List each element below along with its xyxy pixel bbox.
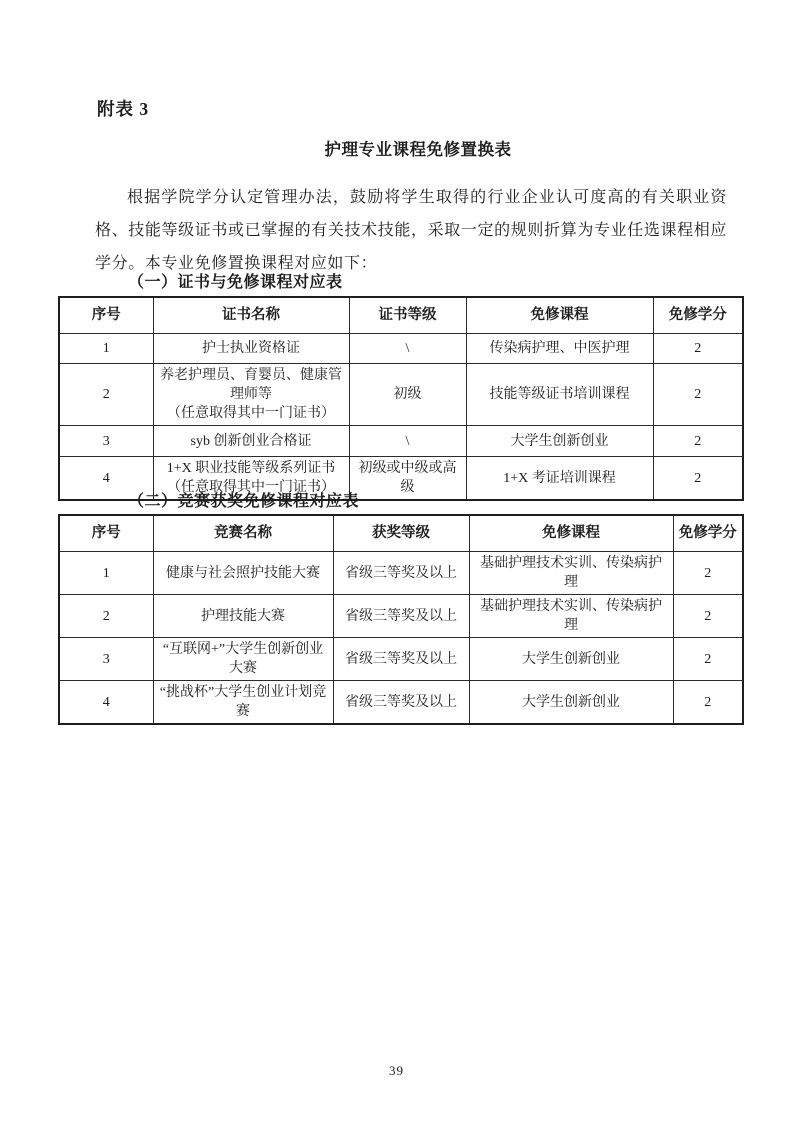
table-cell: 初级或中级或高级 bbox=[349, 457, 466, 501]
table-cell: syb 创新创业合格证 bbox=[153, 426, 349, 457]
table-cell: 1 bbox=[59, 334, 153, 364]
table-cell: 护理技能大赛 bbox=[153, 595, 333, 638]
table-cell: 省级三等奖及以上 bbox=[333, 681, 469, 725]
table-cell: 省级三等奖及以上 bbox=[333, 595, 469, 638]
table-cell: 2 bbox=[59, 364, 153, 426]
table-cell: 2 bbox=[653, 457, 743, 501]
table-cell: 养老护理员、育婴员、健康管理师等 （任意取得其中一门证书） bbox=[153, 364, 349, 426]
table-row: 3syb 创新创业合格证\大学生创新创业2 bbox=[59, 426, 743, 457]
competition-exemption-table: 序号竞赛名称获奖等级免修课程免修学分 1健康与社会照护技能大赛省级三等奖及以上基… bbox=[58, 514, 744, 725]
table-cell: 2 bbox=[653, 364, 743, 426]
table-header-cell: 证书等级 bbox=[349, 297, 466, 334]
table-cell: 基础护理技术实训、传染病护理 bbox=[469, 595, 673, 638]
page-number: 39 bbox=[0, 1063, 793, 1079]
table-cell: 1 bbox=[59, 552, 153, 595]
table-cell: \ bbox=[349, 426, 466, 457]
table-header-cell: 证书名称 bbox=[153, 297, 349, 334]
table-cell: 4 bbox=[59, 681, 153, 725]
table-cell: 2 bbox=[653, 426, 743, 457]
table-row: 1健康与社会照护技能大赛省级三等奖及以上基础护理技术实训、传染病护理2 bbox=[59, 552, 743, 595]
table-header-cell: 获奖等级 bbox=[333, 515, 469, 552]
table-cell: 护士执业资格证 bbox=[153, 334, 349, 364]
table-header-row: 序号竞赛名称获奖等级免修课程免修学分 bbox=[59, 515, 743, 552]
table-cell: 基础护理技术实训、传染病护理 bbox=[469, 552, 673, 595]
table-cell: 大学生创新创业 bbox=[469, 681, 673, 725]
table-cell: 初级 bbox=[349, 364, 466, 426]
table-cell: 2 bbox=[673, 595, 743, 638]
table-row: 1护士执业资格证\传染病护理、中医护理2 bbox=[59, 334, 743, 364]
table-cell: “互联网+”大学生创新创业大赛 bbox=[153, 638, 333, 681]
table-cell: 2 bbox=[673, 552, 743, 595]
table-header-cell: 免修学分 bbox=[673, 515, 743, 552]
table-cell: 2 bbox=[673, 638, 743, 681]
table-cell: “挑战杯”大学生创业计划竞赛 bbox=[153, 681, 333, 725]
table-cell: 技能等级证书培训课程 bbox=[466, 364, 653, 426]
table-header-cell: 免修学分 bbox=[653, 297, 743, 334]
table-header-cell: 免修课程 bbox=[466, 297, 653, 334]
table-row: 3“互联网+”大学生创新创业大赛省级三等奖及以上大学生创新创业2 bbox=[59, 638, 743, 681]
table-cell: 3 bbox=[59, 426, 153, 457]
table-header-row: 序号证书名称证书等级免修课程免修学分 bbox=[59, 297, 743, 334]
table-row: 2养老护理员、育婴员、健康管理师等 （任意取得其中一门证书）初级技能等级证书培训… bbox=[59, 364, 743, 426]
table-header-cell: 序号 bbox=[59, 515, 153, 552]
appendix-label: 附表 3 bbox=[97, 96, 149, 121]
certificate-table-subtitle: （一）证书与免修课程对应表 bbox=[128, 269, 343, 292]
table-cell: 1+X 考证培训课程 bbox=[466, 457, 653, 501]
table-row: 4“挑战杯”大学生创业计划竞赛省级三等奖及以上大学生创新创业2 bbox=[59, 681, 743, 725]
table-header-cell: 竞赛名称 bbox=[153, 515, 333, 552]
intro-paragraph: 根据学院学分认定管理办法，鼓励将学生取得的行业企业认可度高的有关职业资格、技能等… bbox=[95, 181, 727, 280]
table-cell: 传染病护理、中医护理 bbox=[466, 334, 653, 364]
table-row: 2护理技能大赛省级三等奖及以上基础护理技术实训、传染病护理2 bbox=[59, 595, 743, 638]
table-cell: \ bbox=[349, 334, 466, 364]
certificate-exemption-table: 序号证书名称证书等级免修课程免修学分 1护士执业资格证\传染病护理、中医护理22… bbox=[58, 296, 744, 501]
table-cell: 健康与社会照护技能大赛 bbox=[153, 552, 333, 595]
table-header-cell: 序号 bbox=[59, 297, 153, 334]
table-cell: 2 bbox=[673, 681, 743, 725]
table-cell: 2 bbox=[653, 334, 743, 364]
table-header-cell: 免修课程 bbox=[469, 515, 673, 552]
table-cell: 3 bbox=[59, 638, 153, 681]
table-cell: 大学生创新创业 bbox=[469, 638, 673, 681]
table-cell: 省级三等奖及以上 bbox=[333, 552, 469, 595]
table-cell: 省级三等奖及以上 bbox=[333, 638, 469, 681]
document-title: 护理专业课程免修置换表 bbox=[95, 136, 741, 160]
table-cell: 2 bbox=[59, 595, 153, 638]
document-page: 附表 3 护理专业课程免修置换表 根据学院学分认定管理办法，鼓励将学生取得的行业… bbox=[0, 0, 793, 1122]
table-cell: 大学生创新创业 bbox=[466, 426, 653, 457]
competition-table-subtitle: （二）竞赛获奖免修课程对应表 bbox=[128, 488, 359, 511]
